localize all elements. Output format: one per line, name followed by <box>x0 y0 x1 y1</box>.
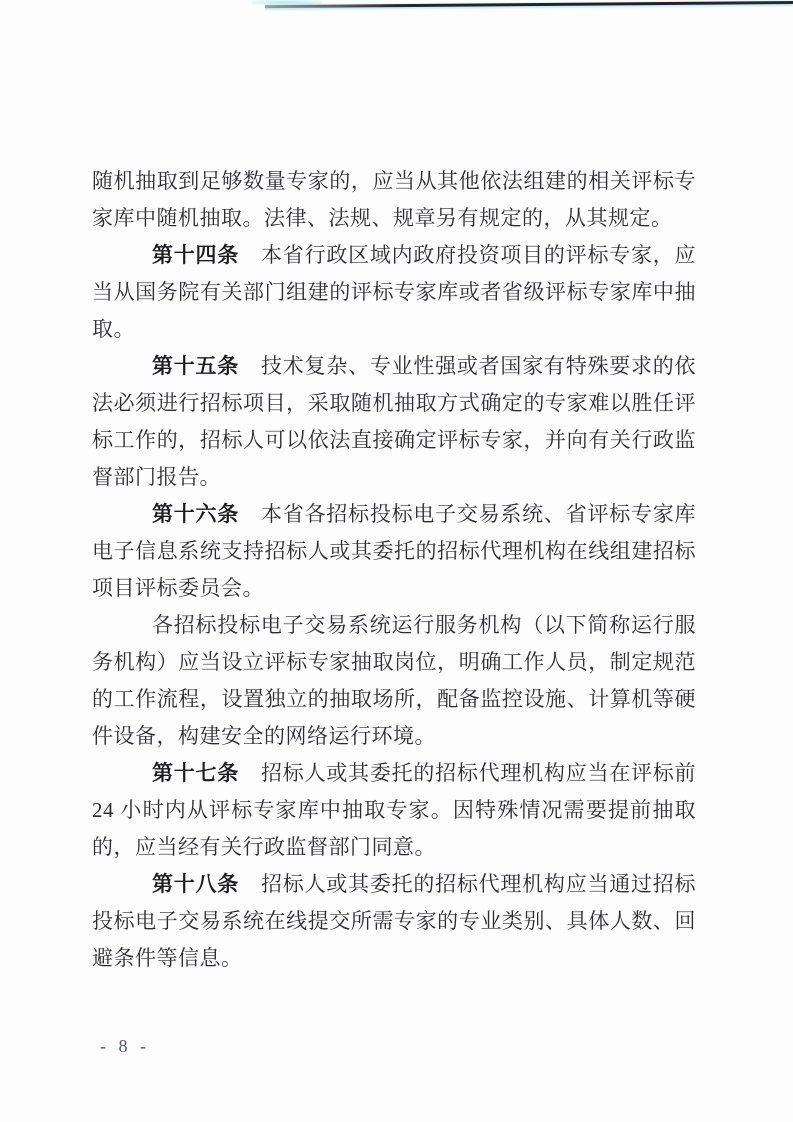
article-number-label: 第十四条 <box>152 243 239 267</box>
scanned-document-page: 随机抽取到足够数量专家的，应当从其他依法组建的相关评标专家库中随机抽取。法律、法… <box>0 0 793 1122</box>
paragraph-article-15: 第十五条技术复杂、专业性强或者国家有特殊要求的依法必须进行招标项目，采取随机抽取… <box>92 348 696 496</box>
article-number-label: 第十八条 <box>152 872 239 896</box>
paragraph-service-orgs: 各招标投标电子交易系统运行服务机构（以下简称运行服务机构）应当设立评标专家抽取岗… <box>92 607 696 755</box>
article-number-label: 第十六条 <box>152 502 239 526</box>
paragraph-article-14: 第十四条本省行政区域内政府投资项目的评标专家，应当从国务院有关部门组建的评标专家… <box>92 237 696 348</box>
paragraph-article-16: 第十六条本省各招标投标电子交易系统、省评标专家库电子信息系统支持招标人或其委托的… <box>92 496 696 607</box>
scan-artifact-top-edge <box>265 1 793 8</box>
paragraph-continuation: 随机抽取到足够数量专家的，应当从其他依法组建的相关评标专家库中随机抽取。法律、法… <box>92 163 696 237</box>
article-number-label: 第十七条 <box>152 761 239 785</box>
paragraph-article-18: 第十八条招标人或其委托的招标代理机构应当通过招标投标电子交易系统在线提交所需专家… <box>92 866 696 977</box>
article-number-label: 第十五条 <box>152 354 239 378</box>
paragraph-text: 随机抽取到足够数量专家的，应当从其他依法组建的相关评标专家库中随机抽取。法律、法… <box>92 169 696 230</box>
document-body: 随机抽取到足够数量专家的，应当从其他依法组建的相关评标专家库中随机抽取。法律、法… <box>92 163 696 977</box>
paragraph-text: 各招标投标电子交易系统运行服务机构（以下简称运行服务机构）应当设立评标专家抽取岗… <box>92 613 696 748</box>
page-number: - 8 - <box>100 1036 150 1057</box>
paragraph-article-17: 第十七条招标人或其委托的招标代理机构应当在评标前 24 小时内从评标专家库中抽取… <box>92 755 696 866</box>
scan-artifact-cyan-smudge <box>252 0 322 5</box>
